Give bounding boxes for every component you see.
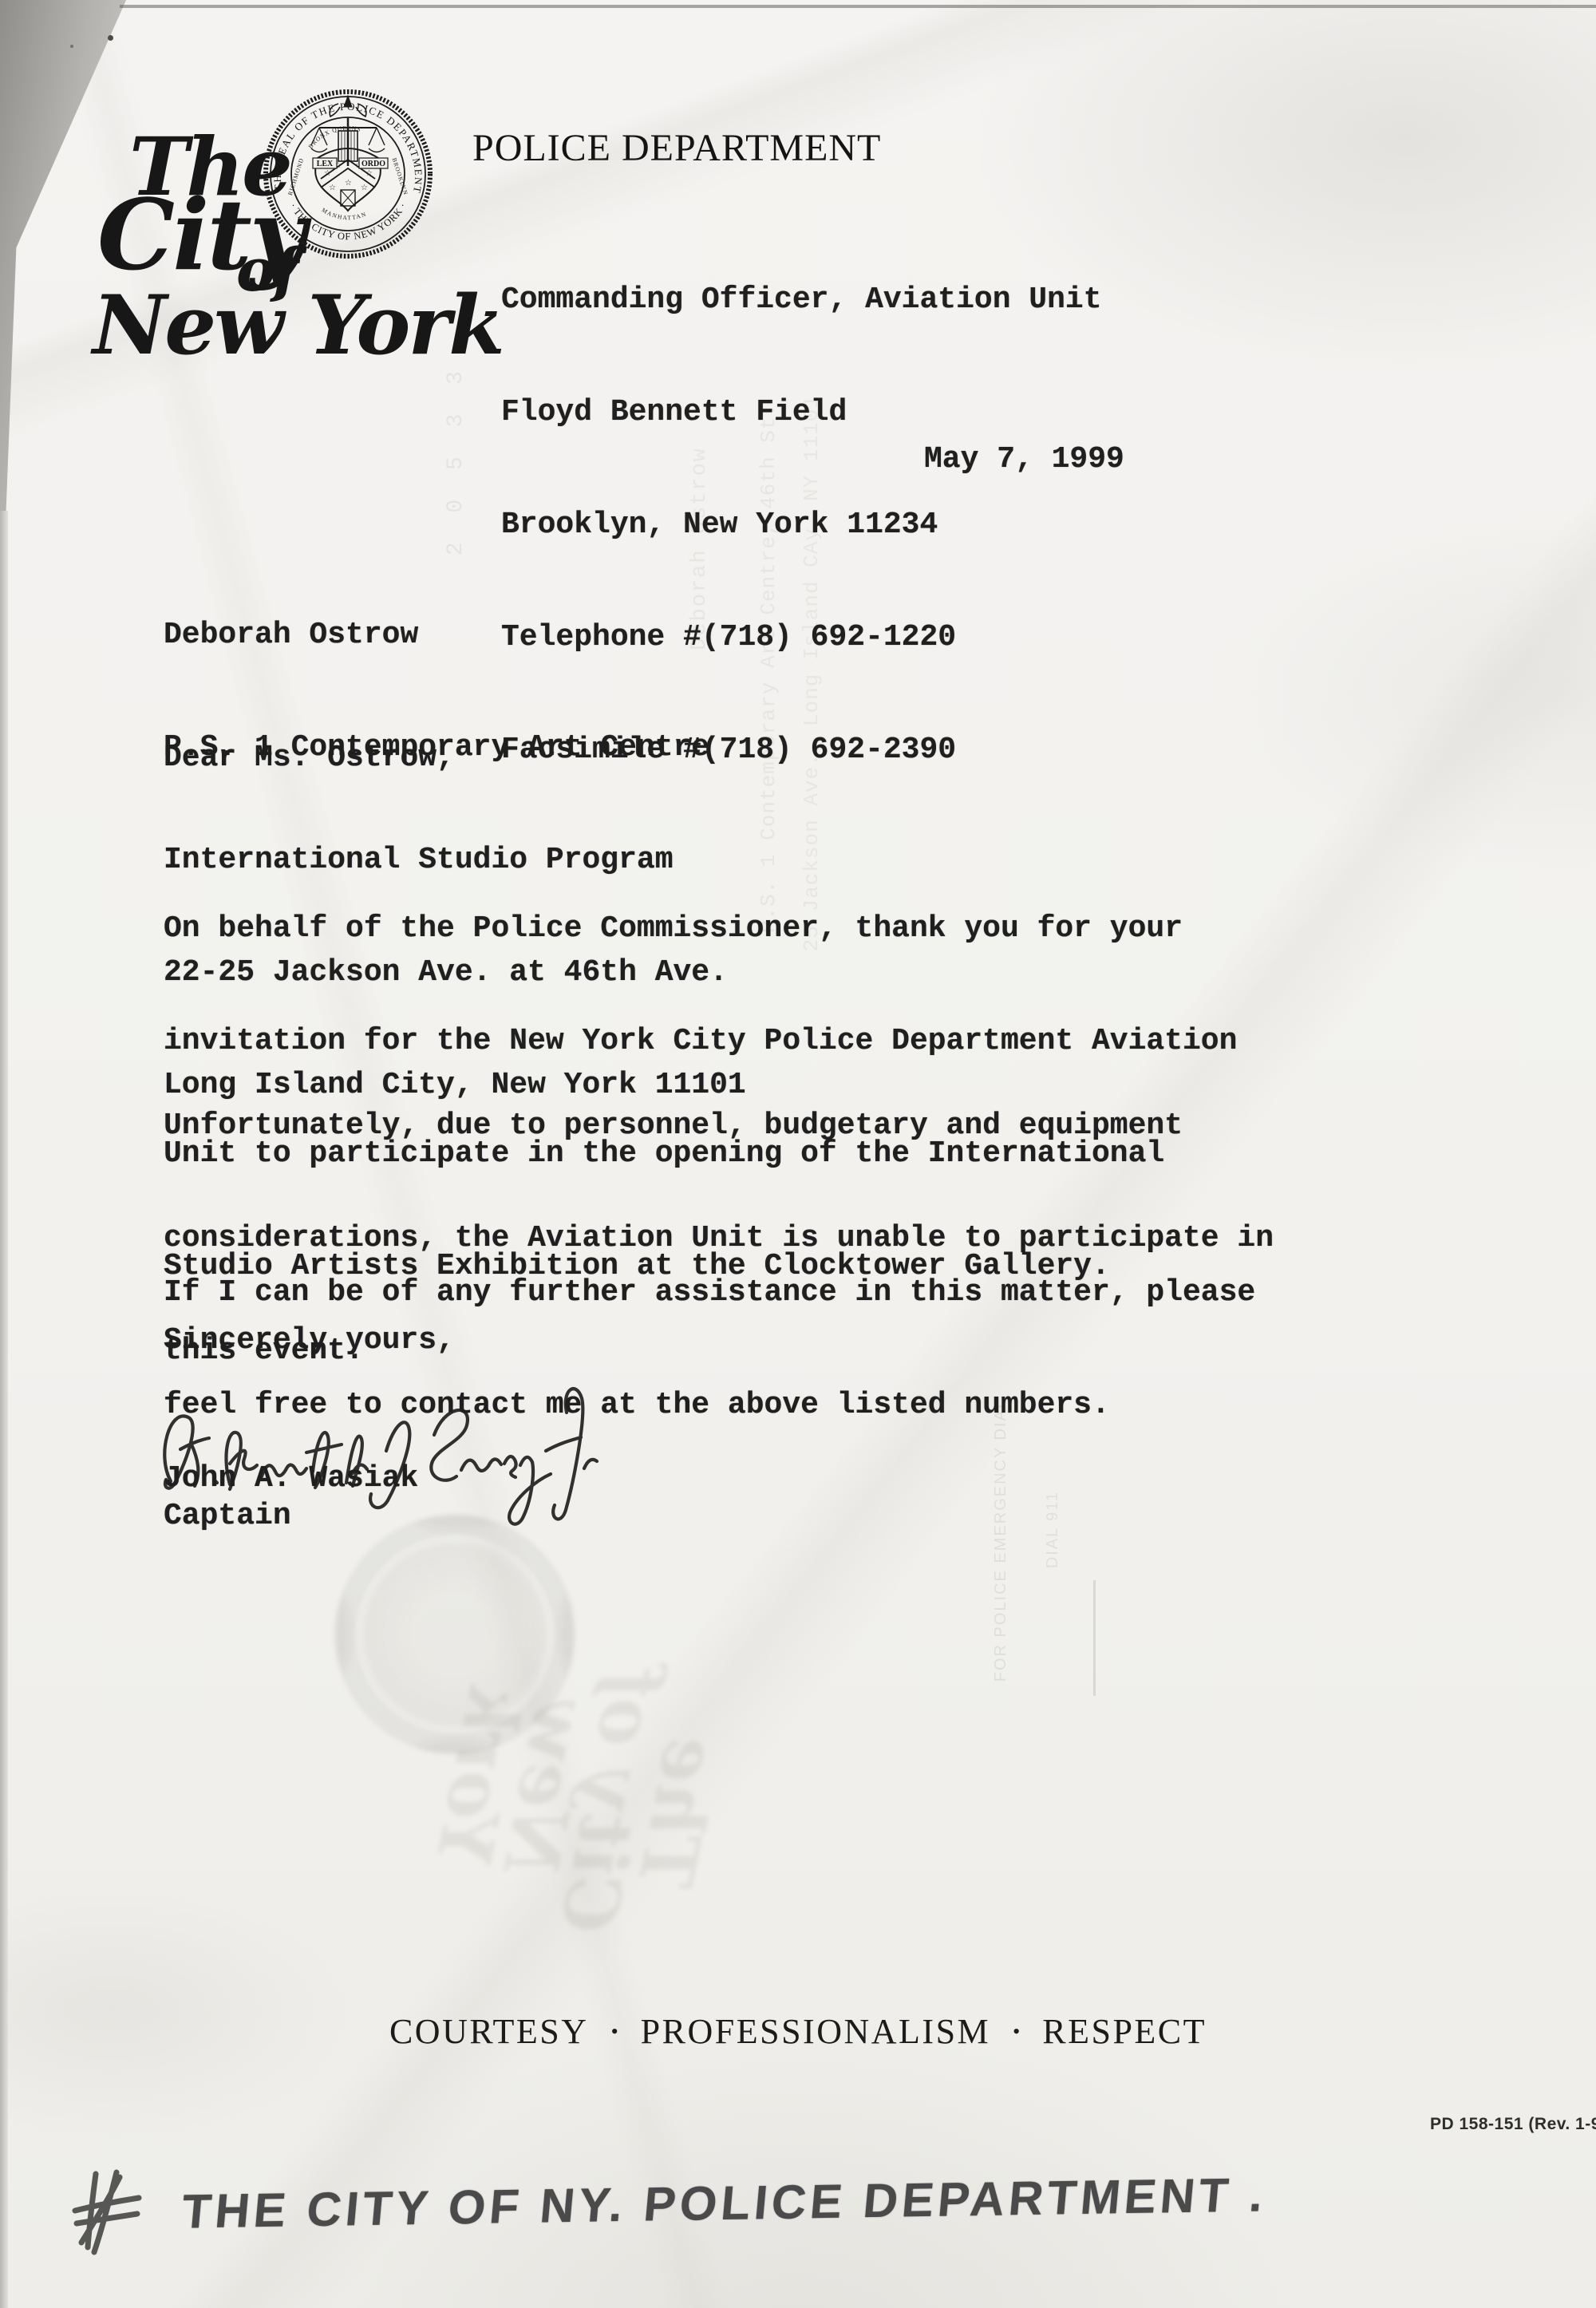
seal-ordo-text: ORDO xyxy=(361,160,385,168)
scan-speck xyxy=(70,45,73,48)
bleedthrough-dial-911-text: DIAL 911 xyxy=(1044,1491,1062,1568)
logo-word-new-york: New York xyxy=(93,278,503,373)
seal-inner-left-text: RICHMOND xyxy=(286,157,306,196)
closing: Sincerely yours, xyxy=(164,1322,455,1359)
hash-mark-scribble xyxy=(69,2164,145,2259)
recipient-line: Deborah Ostrow xyxy=(164,616,746,654)
body-line: If I can be of any further assistance in… xyxy=(164,1274,1255,1311)
motto-professionalism: PROFESSIONALISM xyxy=(641,2012,990,2051)
motto-bullet: • xyxy=(611,2020,618,2043)
nypd-seal: THE SEAL OF THE POLICE DEPARTMENT · THE … xyxy=(260,86,436,262)
svg-text:☆: ☆ xyxy=(345,179,352,188)
body-line: On behalf of the Police Commissioner, th… xyxy=(164,910,1237,947)
footer-motto: COURTESY•PROFESSIONALISM•RESPECT xyxy=(0,2011,1596,2052)
handwritten-annotation: THE CITY OF NY. POLICE DEPARTMENT . xyxy=(180,2167,1270,2239)
seal-ring-bottom-text: · THE CITY OF NEW YORK · xyxy=(287,200,409,242)
seal-inner-bottom-text: MANHATTAN xyxy=(321,206,368,221)
svg-text:☆: ☆ xyxy=(365,169,373,178)
salutation: Dear Ms. Ostrow, xyxy=(164,739,455,777)
seal-lex-ordo-banner: LEX ORDO xyxy=(313,158,388,168)
bleedthrough-digits: 2 0 5 3 3 xyxy=(444,363,468,555)
svg-text:☆: ☆ xyxy=(329,184,336,192)
motto-bullet: • xyxy=(1013,2020,1020,2043)
address-line: Brooklyn, New York 11234 xyxy=(501,506,1102,543)
seal-lex-text: LEX xyxy=(317,160,334,168)
letter-date: May 7, 1999 xyxy=(924,441,1124,478)
signature-scrawl xyxy=(153,1361,600,1533)
body-line: Unfortunately, due to personnel, budgeta… xyxy=(164,1107,1274,1144)
bleedthrough-line xyxy=(1093,1580,1096,1696)
motto-respect: RESPECT xyxy=(1042,2012,1207,2051)
letter-page: 2 0 5 3 3 Deborah Ostrow P.S. 1 Contempo… xyxy=(0,0,1596,2308)
seal-inner-right-text: BROOKLYN xyxy=(391,157,410,196)
paper-top-edge-line xyxy=(120,5,1596,8)
motto-courtesy: COURTESY xyxy=(389,2012,589,2051)
svg-text:☆: ☆ xyxy=(324,169,331,178)
svg-text:☆: ☆ xyxy=(361,184,368,192)
svg-text:· THE CITY OF NEW YORK ·: · THE CITY OF NEW YORK · xyxy=(287,200,409,242)
address-line: Commanding Officer, Aviation Unit xyxy=(501,281,1102,318)
department-heading: POLICE DEPARTMENT xyxy=(472,126,881,170)
form-number: PD 158-151 (Rev. 1-97)-Se xyxy=(1430,2115,1596,2134)
scan-speck xyxy=(108,35,113,41)
address-line: Floyd Bennett Field xyxy=(501,393,1102,431)
svg-text:MANHATTAN: MANHATTAN xyxy=(321,206,368,221)
bleedthrough-logo-watermark: The City of New York xyxy=(350,1587,744,1988)
